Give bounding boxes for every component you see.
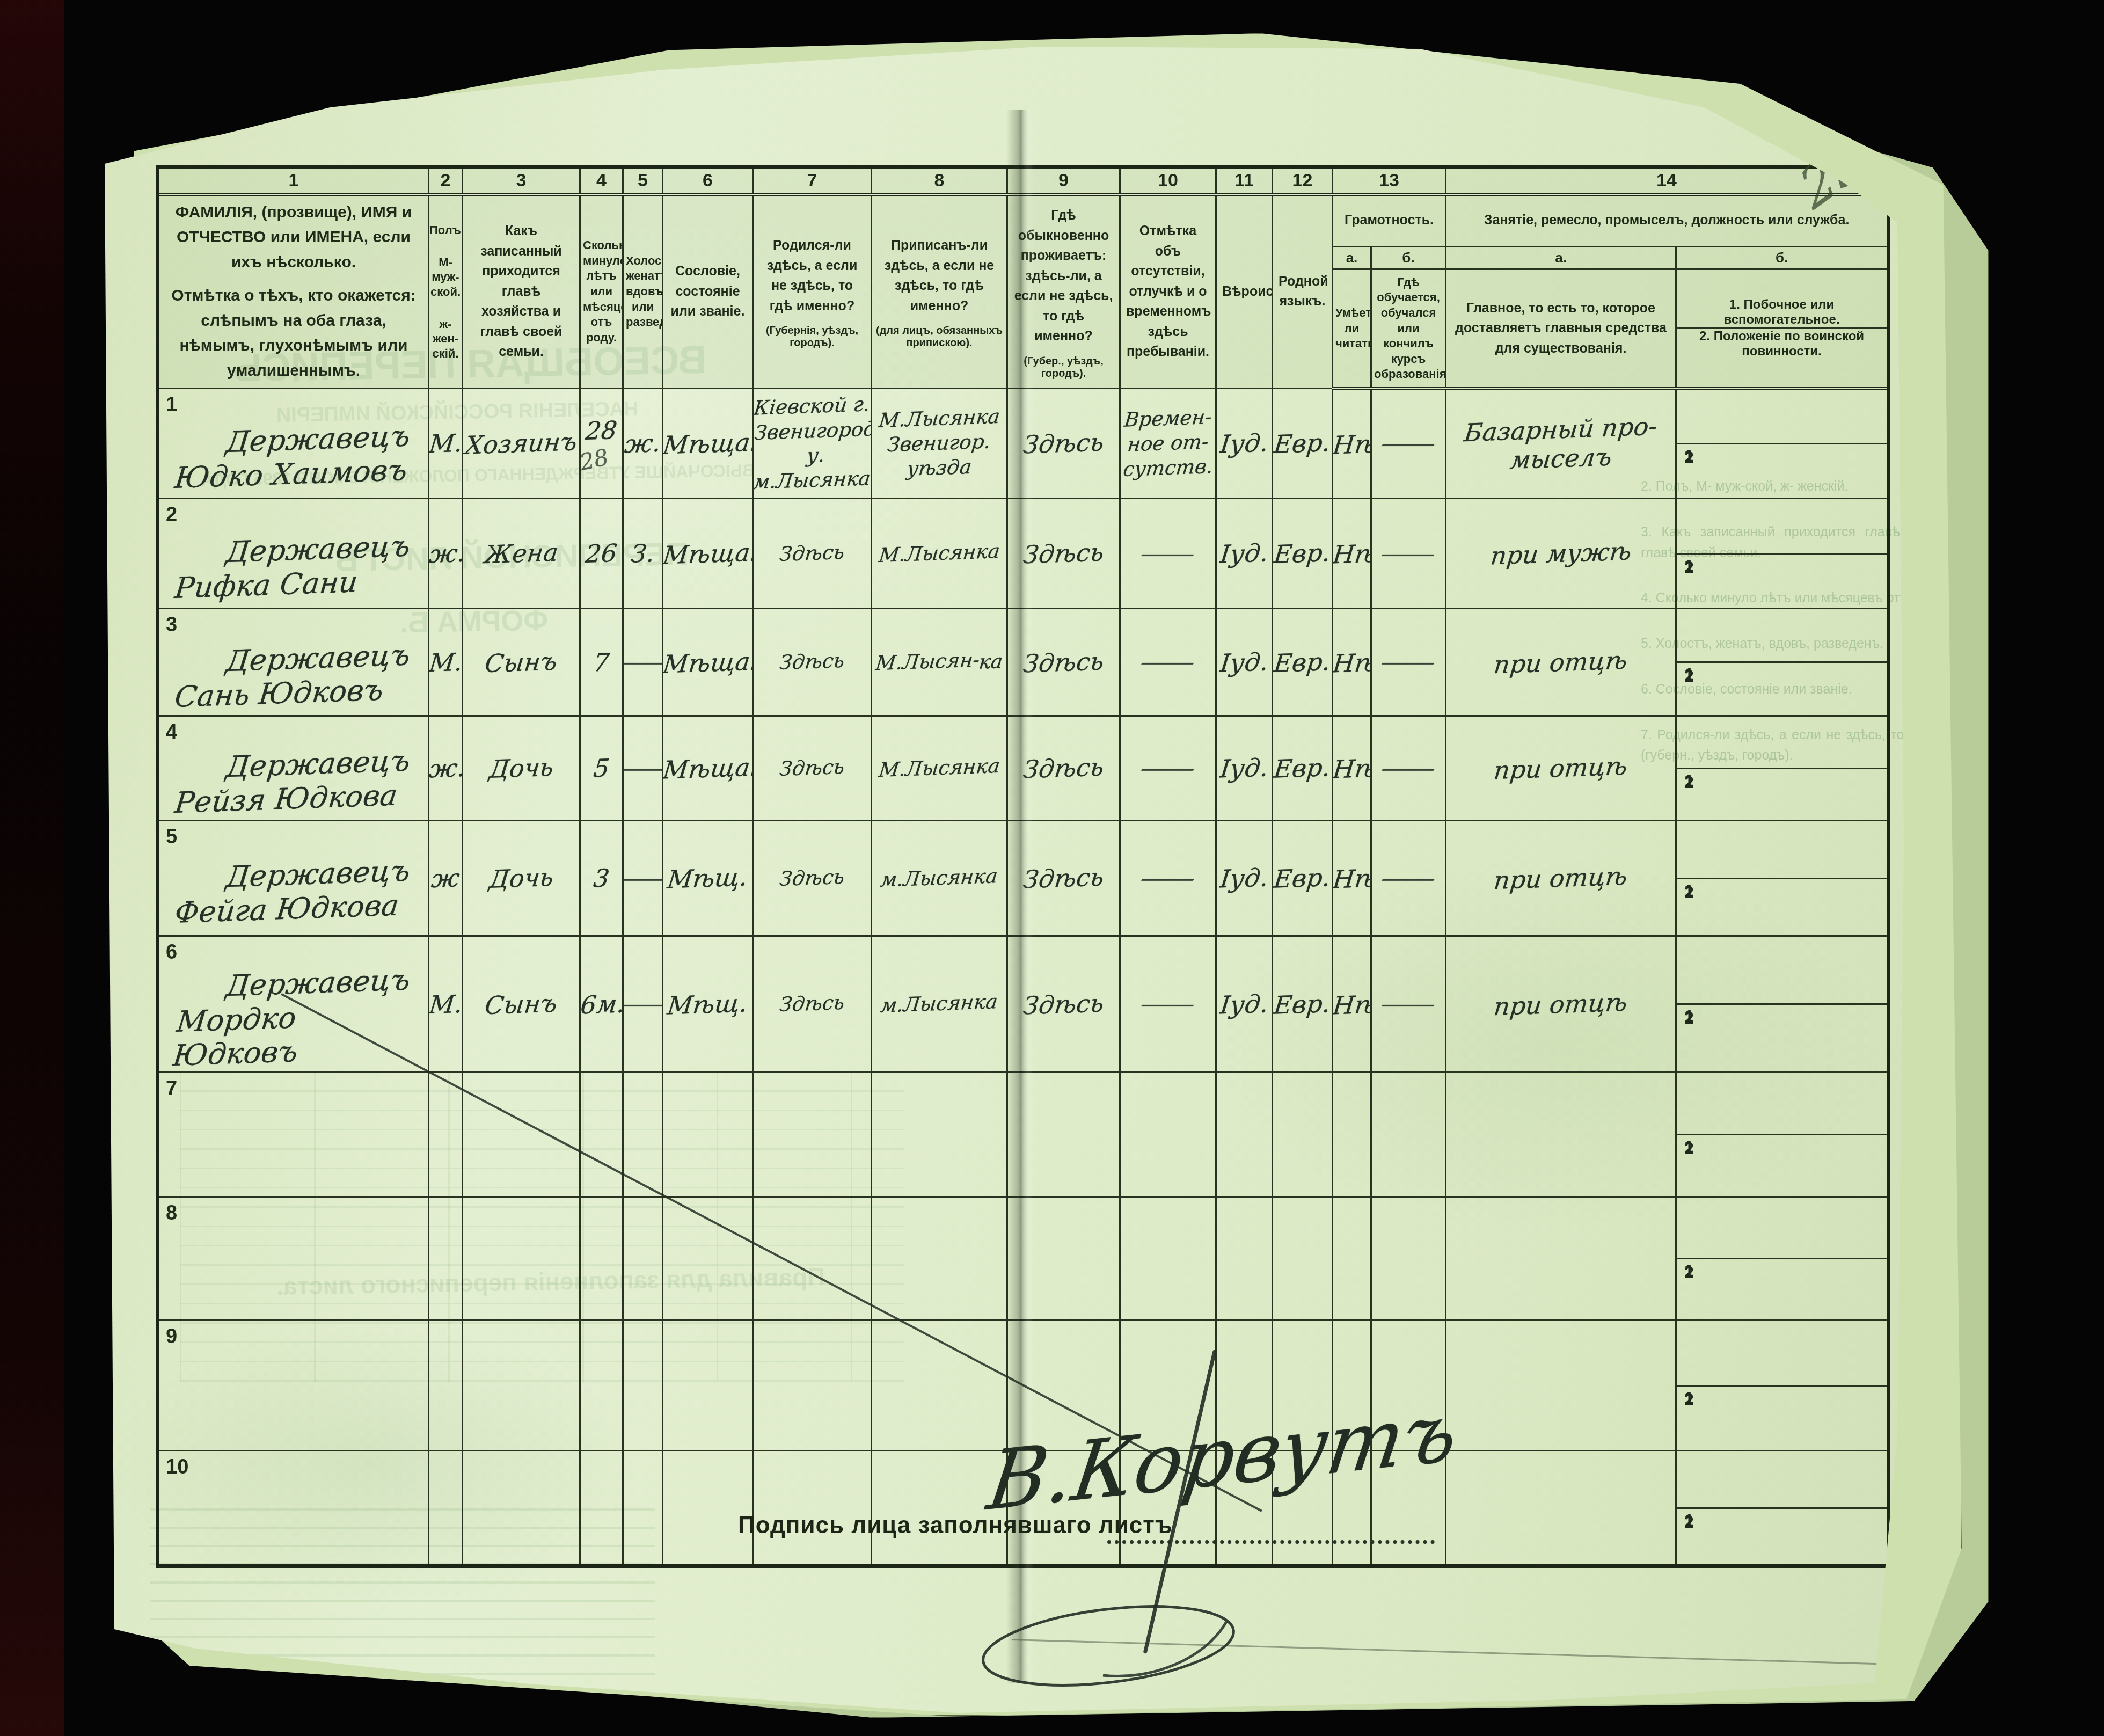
colnum-2: 2 [429, 167, 463, 194]
r10-occupation-side: 12 [1676, 1451, 1889, 1566]
r5-name: ДержавецъФейга Юдкова [159, 828, 428, 929]
r8-registered [872, 1197, 1007, 1321]
person-row-5: 5ДержавецъФейга ЮдковажДочь3—Мѣщ.Здѣсьм.… [158, 821, 1889, 936]
r8-side-s2: 2 [1677, 1258, 1887, 1259]
colnum-9: 9 [1007, 167, 1120, 194]
r2-age: 26 [580, 499, 623, 609]
colhead-registration-note: (для лицъ, обязанныхъ припискою). [872, 325, 1006, 349]
r2-registered: М.Лысянка [872, 499, 1007, 609]
r5-estate: Мѣщ. [663, 821, 753, 936]
r5-age: 3 [580, 821, 623, 936]
table-body: 1ДержавецъЮдко ХаимовъМ.Хозяинъ2828ж.Мѣщ… [158, 389, 1889, 1566]
colhead-literacy-b: Гдѣ обучается, обучался или кончилъ курс… [1371, 269, 1446, 389]
census-sheet: ВСЕОБЩАЯ ПЕРЕПИСЬ НАСЕЛЕНІЯ РОССІЙСКОЙ И… [99, 40, 1919, 1715]
r5-occupation-main: при отцѣ [1446, 821, 1676, 936]
r3-side-s2: 2 [1677, 661, 1887, 663]
r1-estate: Мѣщан. [663, 389, 753, 499]
r8-marital [623, 1197, 663, 1321]
colhead-literacy-title: Грамотность. [1333, 194, 1446, 247]
r3-name: ДержавецъСань Юдковъ [159, 612, 428, 713]
r6-name: ДержавецъМордко Юдковъ [159, 937, 428, 1071]
colhead-sex: Полъ. М-муж-ской. ж-жен-скій. [429, 194, 463, 389]
r6-residence: Здѣсь [1007, 936, 1120, 1073]
colhead-sex-l3: ж-жен-скій. [429, 317, 462, 361]
colnum-5: 5 [623, 167, 663, 194]
signature-dotted-line [1107, 1512, 1435, 1544]
colhead-name-main: ФАМИЛІЯ, (прозвище), ИМЯ и ОТЧЕСТВО или … [159, 196, 428, 280]
r2-absence: — [1120, 499, 1216, 609]
r3-marital: — [623, 609, 663, 716]
r10-occupation-main [1446, 1451, 1676, 1566]
r7-estate [663, 1073, 753, 1197]
r3-name-cell: 3ДержавецъСань Юдковъ [158, 609, 429, 716]
row-number: 5 [166, 826, 177, 849]
r10-estate [663, 1451, 753, 1566]
colhead-literacy-a-label: а. [1333, 246, 1371, 269]
r1-literacy-read: Нѣт. [1333, 389, 1371, 499]
r4-side-s2: 2 [1677, 768, 1887, 769]
r7-marital [623, 1073, 663, 1197]
r2-born: Здѣсь [753, 499, 872, 609]
r1-name-cell: 1ДержавецъЮдко Хаимовъ [158, 389, 429, 499]
r9-born [753, 1321, 872, 1451]
r5-religion: Іуд. [1216, 821, 1273, 936]
r3-born: Здѣсь [753, 609, 872, 716]
r6-occupation-side: 12 [1676, 936, 1889, 1073]
r6-language: Евр. [1273, 936, 1333, 1073]
r3-religion: Іуд. [1216, 609, 1273, 716]
r1-born: Кіевской г.Звенигород. у.м.Лысянка [753, 389, 872, 499]
colhead-literacy-b-label: б. [1371, 246, 1446, 269]
r10-marital [623, 1451, 663, 1566]
r7-side-s2: 2 [1677, 1134, 1887, 1135]
scanner-edge-shadow [0, 0, 64, 1736]
colhead-residence: Гдѣ обыкновенно проживаетъ: здѣсь-ли, а … [1007, 194, 1120, 389]
r6-literacy-read: Нѣт. [1333, 936, 1371, 1073]
r4-age: 5 [580, 716, 623, 821]
r4-literacy-read: Нѣт. [1333, 716, 1371, 821]
row-number: 3 [166, 614, 177, 637]
r4-marital: — [623, 716, 663, 821]
r4-sex: ж. [429, 716, 463, 821]
r5-marital: — [623, 821, 663, 936]
r4-occupation-side: 12 [1676, 716, 1889, 821]
r7-absence [1120, 1073, 1216, 1197]
colnum-11: 11 [1216, 167, 1273, 194]
person-row-2: 2ДержавецъРифка Саниж.Жена26З.Мѣщан.Здѣс… [158, 499, 1889, 609]
r2-name: ДержавецъРифка Сани [159, 503, 428, 604]
colnum-1: 1 [158, 167, 429, 194]
r2-language: Евр. [1273, 499, 1333, 609]
r6-side-s2: 2 [1677, 1003, 1887, 1005]
r6-estate: Мѣщ. [663, 936, 753, 1073]
r3-relation: Сынъ [463, 609, 580, 716]
r9-occupation-side: 12 [1676, 1321, 1889, 1451]
r9-age [580, 1321, 623, 1451]
row-number: 1 [166, 393, 177, 417]
r1-language: Евр. [1273, 389, 1333, 499]
r4-language: Евр. [1273, 716, 1333, 821]
r6-marital: — [623, 936, 663, 1073]
colhead-occupation-b-label: б. [1676, 246, 1889, 269]
r5-sex: ж [429, 821, 463, 936]
r8-estate [663, 1197, 753, 1321]
colnum-7: 7 [753, 167, 872, 194]
r8-residence [1007, 1197, 1120, 1321]
r1-marital: ж. [623, 389, 663, 499]
r8-occupation-side: 12 [1676, 1197, 1889, 1321]
r9-occupation-main [1446, 1321, 1676, 1451]
r2-sex: ж. [429, 499, 463, 609]
r5-relation: Дочь [463, 821, 580, 936]
colhead-registration: Приписанъ-ли здѣсь, а если не здѣсь, то … [872, 194, 1007, 389]
r1-registered: М.ЛысянкаЗвенигор.уѣзда [872, 389, 1007, 499]
r9-name-cell: 9 [158, 1321, 429, 1451]
r6-literacy-edu: — [1371, 936, 1446, 1073]
r1-absence: Времен-ное от-сутств. [1120, 389, 1216, 499]
colhead-occupation-a: Главное, то есть то, которое доставляетъ… [1446, 269, 1676, 389]
r6-sex: М. [429, 936, 463, 1073]
r7-name-cell: 7 [158, 1073, 429, 1197]
r5-absence: — [1120, 821, 1216, 936]
r8-religion [1216, 1197, 1273, 1321]
r9-relation [463, 1321, 580, 1451]
r8-name-cell: 8 [158, 1197, 429, 1321]
r10-name-cell: 10 [158, 1451, 429, 1566]
r2-relation: Жена [463, 499, 580, 609]
r5-literacy-read: Нѣт. [1333, 821, 1371, 936]
table-header: 1 2 3 4 5 6 7 8 9 10 11 12 13 14 [158, 167, 1889, 389]
r9-side-s2: 2 [1677, 1385, 1887, 1387]
r6-relation: Сынъ [463, 936, 580, 1073]
r2-residence: Здѣсь [1007, 499, 1120, 609]
r7-born [753, 1073, 872, 1197]
signature-flourish-oval [974, 1589, 1243, 1702]
r7-literacy-edu [1371, 1073, 1446, 1197]
r2-occupation-main: при мужѣ [1446, 499, 1676, 609]
colhead-name-note: Отмѣтка о тѣхъ, кто окажется: слѣпымъ на… [159, 279, 428, 388]
colhead-birthplace: Родился-ли здѣсь, а если не здѣсь, то гд… [753, 194, 872, 389]
colnum-3: 3 [463, 167, 580, 194]
r7-registered [872, 1073, 1007, 1197]
r4-registered: М.Лысянка [872, 716, 1007, 821]
r2-religion: Іуд. [1216, 499, 1273, 609]
r7-occupation-side: 12 [1676, 1073, 1889, 1197]
colhead-religion: Вѣроисповѣданіе. [1216, 194, 1273, 389]
colhead-relation: Какъ записанный приходится главѣ хозяйст… [463, 194, 580, 389]
colhead-marital: Холостъ, женатъ, вдовъ или разведенъ. [623, 194, 663, 389]
r4-religion: Іуд. [1216, 716, 1273, 821]
r4-name-cell: 4ДержавецъРейзя Юдкова [158, 716, 429, 821]
r2-marital: З. [623, 499, 663, 609]
r9-sex [429, 1321, 463, 1451]
r5-side-s2: 2 [1677, 878, 1887, 879]
colhead-occupation-b1: 1. Побочное или вспомогательное. [1677, 297, 1887, 327]
r10-sex [429, 1451, 463, 1566]
r1-name: ДержавецъЮдко Хаимовъ [159, 393, 428, 494]
r2-occupation-side: 12 [1676, 499, 1889, 609]
person-row-1: 1ДержавецъЮдко ХаимовъМ.Хозяинъ2828ж.Мѣщ… [158, 389, 1889, 499]
r3-age: 7 [580, 609, 623, 716]
r5-registered: м.Лысянка [872, 821, 1007, 936]
r7-language [1273, 1073, 1333, 1197]
colhead-birthplace-note: (Губернія, уѣздъ, городъ). [754, 325, 871, 349]
r9-estate [663, 1321, 753, 1451]
r7-literacy-read [1333, 1073, 1371, 1197]
r1-occupation-side: 12 [1676, 389, 1889, 499]
r6-born: Здѣсь [753, 936, 872, 1073]
r4-relation: Дочь [463, 716, 580, 821]
person-row-7: 712 [158, 1073, 1889, 1197]
r4-literacy-edu: — [1371, 716, 1446, 821]
r1-residence: Здѣсь [1007, 389, 1120, 499]
r8-born [753, 1197, 872, 1321]
colhead-sex-l2: М-муж-ской. [429, 255, 462, 300]
r5-born: Здѣсь [753, 821, 872, 936]
r5-name-cell: 5ДержавецъФейга Юдкова [158, 821, 429, 936]
r6-registered: м.Лысянка [872, 936, 1007, 1073]
r4-name: ДержавецъРейзя Юдкова [159, 718, 428, 819]
colnum-8: 8 [872, 167, 1007, 194]
r1-religion: Іуд. [1216, 389, 1273, 499]
row-number: 4 [166, 721, 177, 744]
r10-born [753, 1451, 872, 1566]
r6-occupation-main: при отцѣ [1446, 936, 1676, 1073]
person-row-8: 812 [158, 1197, 1889, 1321]
census-scan-page: ВСЕОБЩАЯ ПЕРЕПИСЬ НАСЕЛЕНІЯ РОССІЙСКОЙ И… [0, 0, 2104, 1736]
r10-relation [463, 1451, 580, 1566]
colhead-literacy-a: Умѣетъ-ли читать? [1333, 269, 1371, 389]
colhead-estate: Сословіе, состояніе или званіе. [663, 194, 753, 389]
r4-estate: Мѣщан. [663, 716, 753, 821]
r1-occupation-main: Базарный про-мыселъ [1446, 389, 1676, 499]
colnum-13: 13 [1333, 167, 1446, 194]
r1-age: 2828 [580, 389, 623, 499]
r6-absence: — [1120, 936, 1216, 1073]
r1-sex: М. [429, 389, 463, 499]
r4-occupation-main: при отцѣ [1446, 716, 1676, 821]
row-number: 6 [166, 941, 177, 964]
r2-side-s2: 2 [1677, 553, 1887, 555]
r2-estate: Мѣщан. [663, 499, 753, 609]
colhead-absence: Отмѣтка объ отсутствіи, отлучкѣ и о врем… [1120, 194, 1216, 389]
r3-literacy-read: Нѣт. [1333, 609, 1371, 716]
r8-sex [429, 1197, 463, 1321]
r7-sex [429, 1073, 463, 1197]
colnum-4: 4 [580, 167, 623, 194]
row-number: 2 [166, 504, 177, 527]
r7-religion [1216, 1073, 1273, 1197]
r3-occupation-main: при отцѣ [1446, 609, 1676, 716]
r3-literacy-edu: — [1371, 609, 1446, 716]
r4-born: Здѣсь [753, 716, 872, 821]
r10-age [580, 1451, 623, 1566]
colnum-6: 6 [663, 167, 753, 194]
r2-literacy-edu: — [1371, 499, 1446, 609]
colhead-age: Сколько минуло лѣтъ или мѣсяцевъ отъ род… [580, 194, 623, 389]
r3-estate: Мѣщан. [663, 609, 753, 716]
r5-language: Евр. [1273, 821, 1333, 936]
colhead-occupation-b: 1. Побочное или вспомогательное. 2. Поло… [1676, 269, 1889, 389]
census-table: 1 2 3 4 5 6 7 8 9 10 11 12 13 14 [156, 165, 1890, 1568]
r5-literacy-edu: — [1371, 821, 1446, 936]
colhead-language: Родной языкъ. [1273, 194, 1333, 389]
row-number: 10 [166, 1456, 188, 1479]
person-row-6: 6ДержавецъМордко ЮдковъМ.Сынъ6м.—Мѣщ.Здѣ… [158, 936, 1889, 1073]
r3-sex: М. [429, 609, 463, 716]
r8-language [1273, 1197, 1333, 1321]
r4-absence: — [1120, 716, 1216, 821]
person-row-3: 3ДержавецъСань ЮдковъМ.Сынъ7—Мѣщан.Здѣсь… [158, 609, 1889, 716]
row-number: 8 [166, 1202, 177, 1225]
colhead-residence-note: (Губер., уѣздъ, городъ). [1008, 355, 1119, 380]
r10-side-s2: 2 [1677, 1507, 1887, 1509]
row-number: 7 [166, 1077, 177, 1100]
r1-side-s2: 2 [1677, 443, 1887, 444]
r4-residence: Здѣсь [1007, 716, 1120, 821]
r8-occupation-main [1446, 1197, 1676, 1321]
r9-marital [623, 1321, 663, 1451]
r8-literacy-read [1333, 1197, 1371, 1321]
r6-name-cell: 6ДержавецъМордко Юдковъ [158, 936, 429, 1073]
r3-language: Евр. [1273, 609, 1333, 716]
r1-relation: Хозяинъ [463, 389, 580, 499]
r3-absence: — [1120, 609, 1216, 716]
r7-relation [463, 1073, 580, 1197]
colhead-occupation-a-label: а. [1446, 246, 1676, 269]
colnum-12: 12 [1273, 167, 1333, 194]
r8-literacy-edu [1371, 1197, 1446, 1321]
colnum-10: 10 [1120, 167, 1216, 194]
r7-age [580, 1073, 623, 1197]
r8-absence [1120, 1197, 1216, 1321]
r8-relation [463, 1197, 580, 1321]
r3-residence: Здѣсь [1007, 609, 1120, 716]
r7-occupation-main [1446, 1073, 1676, 1197]
r8-age [580, 1197, 623, 1321]
r2-name-cell: 2ДержавецъРифка Сани [158, 499, 429, 609]
r2-literacy-read: Нѣт. [1333, 499, 1371, 609]
r1-literacy-edu: — [1371, 389, 1446, 499]
r3-registered: М.Лысян-ка [872, 609, 1007, 716]
person-row-4: 4ДержавецъРейзя Юдковаж.Дочь5—Мѣщан.Здѣс… [158, 716, 1889, 821]
r7-residence [1007, 1073, 1120, 1197]
row-number: 9 [166, 1325, 177, 1348]
r6-religion: Іуд. [1216, 936, 1273, 1073]
r6-age: 6м. [580, 936, 623, 1073]
colhead-sex-l1: Полъ. [429, 223, 462, 238]
r9-registered [872, 1321, 1007, 1451]
r5-residence: Здѣсь [1007, 821, 1120, 936]
colhead-name: ФАМИЛІЯ, (прозвище), ИМЯ и ОТЧЕСТВО или … [158, 194, 429, 389]
r5-occupation-side: 12 [1676, 821, 1889, 936]
colhead-occupation-b2: 2. Положеніе по воинской повинности. [1677, 327, 1887, 359]
r3-occupation-side: 12 [1676, 609, 1889, 716]
